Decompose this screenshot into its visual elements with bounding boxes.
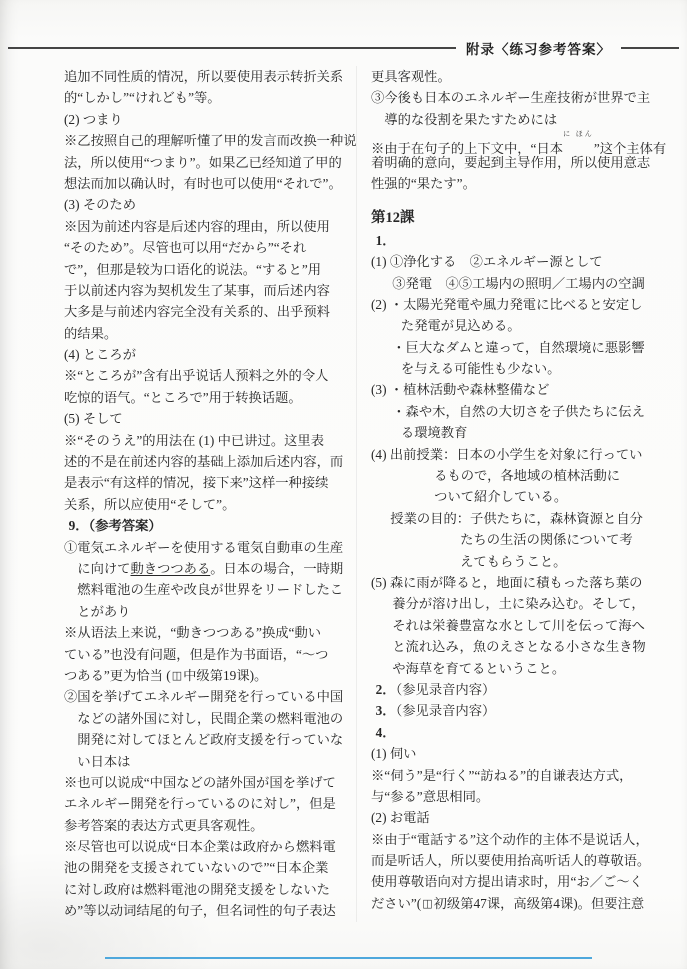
text-line: 更具客观性。 [371, 66, 657, 87]
bottom-artifact-line [105, 957, 592, 959]
text-line: えてもらうこと。 [460, 551, 657, 572]
text-line: い日本は [77, 751, 350, 772]
text-line: 導的な役割を果たすためには [384, 109, 657, 130]
text-line: 性强的“果たす”。 [371, 173, 657, 194]
text-line: (1) ①浄化する ②エネルギー源として [371, 251, 657, 272]
book-icon: ◫ [171, 670, 183, 682]
left-column: 追加不同性质的情况，所以要使用表示转折关系的“しかし”“けれども”等。(2) つ… [64, 66, 357, 922]
text-line: で”，但那是较为口语化的说法。“すると”用 [64, 259, 350, 280]
text-line: (5) そして [64, 408, 350, 429]
text-line: ださい”(◫初级第47课，高级第4课)。但要注意 [371, 893, 657, 914]
text-line: ※因为前述内容是后述内容的理由，所以使用 [64, 216, 350, 237]
text-line: ③今後も日本のエネルギー生産技術が世界で主 [371, 87, 657, 108]
text-line: に対し政府は燃料電池の開発支援をしないた [64, 879, 350, 900]
text-line: 的“しかし”“けれども”等。 [64, 87, 350, 108]
text-line: を与える可能性も少ない。 [401, 358, 657, 379]
text-line: ※由于在句子的上下文中，“日本に ほん”这个主体有 [371, 130, 657, 151]
text-line: ※由于“電話する”这个动作的主体不是说话人， [371, 829, 657, 850]
text-line: 关系，所以应使用“そして”。 [64, 494, 350, 515]
text-line: や海草を育てるということ。 [392, 658, 657, 679]
text-line: 参考答案的表达方式更具客观性。 [64, 815, 350, 836]
text-line: (2) お電話 [371, 807, 657, 828]
page-header: 附录〈练习参考答案〉 [8, 38, 679, 58]
text-line: ※“そのうえ”的用法在 (1) 中已讲过。这里表 [64, 430, 350, 451]
text-line: 大多是与前述内容完全没有关系的、出乎预料 [64, 301, 350, 322]
text-line: 的结果。 [64, 323, 350, 344]
text-line: それは栄養豊富な水として川を伝って海へ [392, 615, 657, 636]
text-line: ③発電 ④⑤工場内の照明／工場内の空調 [392, 273, 657, 294]
text-line: と流れ込み，魚のえさとなる小さな生き物 [392, 636, 657, 657]
text-line: 養分が溶け出し，土に染み込む。そして， [392, 593, 657, 614]
header-rule-left [8, 47, 456, 49]
text-line: (4) 出前授業：日本の小学生を対象に行ってい [371, 444, 657, 465]
text-line: たちの生活の関係について考 [460, 529, 657, 550]
scanned-textbook-page: 附录〈练习参考答案〉 追加不同性质的情况，所以要使用表示转折关系的“しかし”“け… [0, 0, 687, 969]
text-line: 追加不同性质的情况，所以要使用表示转折关系 [64, 66, 350, 87]
text-line: 1． [376, 230, 657, 251]
text-line: ②国を挙げてエネルギー開発を行っている中国 [64, 686, 350, 707]
text-line: ①電気エネルギーを使用する電気自動車の生産 [64, 537, 350, 558]
text-line: 吃惊的语气。“ところで”用于转换话题。 [64, 387, 350, 408]
text-line: “そのため”。尽管也可以用“だから”“それ [64, 237, 350, 258]
text-line: ・巨大なダムと違って，自然環境に悪影響 [392, 337, 657, 358]
text-line: る環境教育 [401, 422, 657, 443]
appendix-title: 附录〈练习参考答案〉 [466, 38, 611, 58]
text-line: などの諸外国に対し，民間企業の燃料電池の [77, 708, 350, 729]
right-column: 更具客观性。③今後も日本のエネルギー生産技術が世界で主導的な役割を果たすためには… [365, 66, 657, 922]
text-line: 4． [376, 722, 657, 743]
text-line: るもので，各地域の植林活動に [434, 465, 657, 486]
text-line: め”等以动词结尾的句子，但名词性的句子表达 [64, 900, 350, 921]
text-line: (5) 森に雨が降ると，地面に積もった落ち葉の [371, 572, 657, 593]
text-line: 使用尊敬语向对方提出请求时，用“お／ご～く [371, 871, 657, 892]
text-line: ※从语法上来说，“動きつつある”换成“動い [64, 622, 350, 643]
text-line [371, 194, 657, 208]
text-line: 授業の目的：子供たちに，森林資源と自分 [390, 508, 657, 529]
text-line: ※乙按照自己的理解听懂了甲的发言而改换一种说 [64, 130, 350, 151]
content-columns: 追加不同性质的情况，所以要使用表示转折关系的“しかし”“けれども”等。(2) つ… [64, 66, 645, 922]
text-line: ※“伺う”是“行く”“訪ねる”的自谦表达方式， [371, 765, 657, 786]
text-line: ※尽管也可以说成“日本企業は政府から燃料電 [64, 836, 350, 857]
text-line: (3) そのため [64, 194, 350, 215]
text-line: (3) ・植林活動や森林整備など [371, 379, 657, 400]
text-line: 燃料電池の生産や改良が世界をリードしたこ [77, 579, 350, 600]
text-line: エネルギー開発を行っているのに対し”，但是 [64, 793, 350, 814]
text-line: 是表示“有这样的情况，接下来”这样一种接续 [64, 472, 350, 493]
text-line: 池の開発を支援されていないので”“日本企業 [64, 857, 350, 878]
text-line: とがあり [77, 601, 350, 622]
text-line: ついて紹介している。 [434, 486, 657, 507]
book-icon: ◫ [421, 898, 433, 910]
text-line: 開発に対してほとんど政府支援を行っていな [77, 729, 350, 750]
text-line: (2) つまり [64, 109, 350, 130]
text-line: 法，所以使用“つまり”。如果乙已经知道了甲的 [64, 152, 350, 173]
text-line: 着明确的意向，要起到主导作用，所以使用意志 [371, 152, 657, 173]
text-line: 9．（参考答案） [69, 515, 350, 536]
text-line: ている”也没有问题，但是作为书面语，“～つ [64, 644, 350, 665]
text-line: 2．（参见录音内容） [376, 679, 657, 700]
text-line: 述的不是在前述内容的基础上添加后述内容，而 [64, 451, 350, 472]
text-line: 3．（参见录音内容） [376, 700, 657, 721]
text-line: ※“ところが”含有出乎说话人预料之外的令人 [64, 365, 350, 386]
text-line: ※也可以说成“中国などの諸外国が国を挙げて [64, 772, 350, 793]
text-line: (1) 伺い [371, 743, 657, 764]
text-line: 于以前述内容为契机发生了某事，而后述内容 [64, 280, 350, 301]
text-line: 而是听话人，所以要使用抬高听话人的尊敬语。 [371, 850, 657, 871]
text-line: 与“参る”意思相同。 [371, 786, 657, 807]
header-rule-right [621, 47, 679, 49]
text-line: (2) ・太陽光発電や風力発電に比べると安定し [371, 294, 657, 315]
text-line: ・森や木，自然の大切さを子供たちに伝え [392, 401, 657, 422]
text-line: 想法而加以确认时，有时也可以使用“それで”。 [64, 173, 350, 194]
text-line: (4) ところが [64, 344, 350, 365]
text-line: た発電が見込める。 [401, 315, 657, 336]
text-line: 第12課 [371, 208, 657, 229]
text-line: に向けて動きつつある。日本の場合，一時期 [77, 558, 350, 579]
text-line: つある”更为恰当 (◫中级第19课)。 [64, 665, 350, 686]
